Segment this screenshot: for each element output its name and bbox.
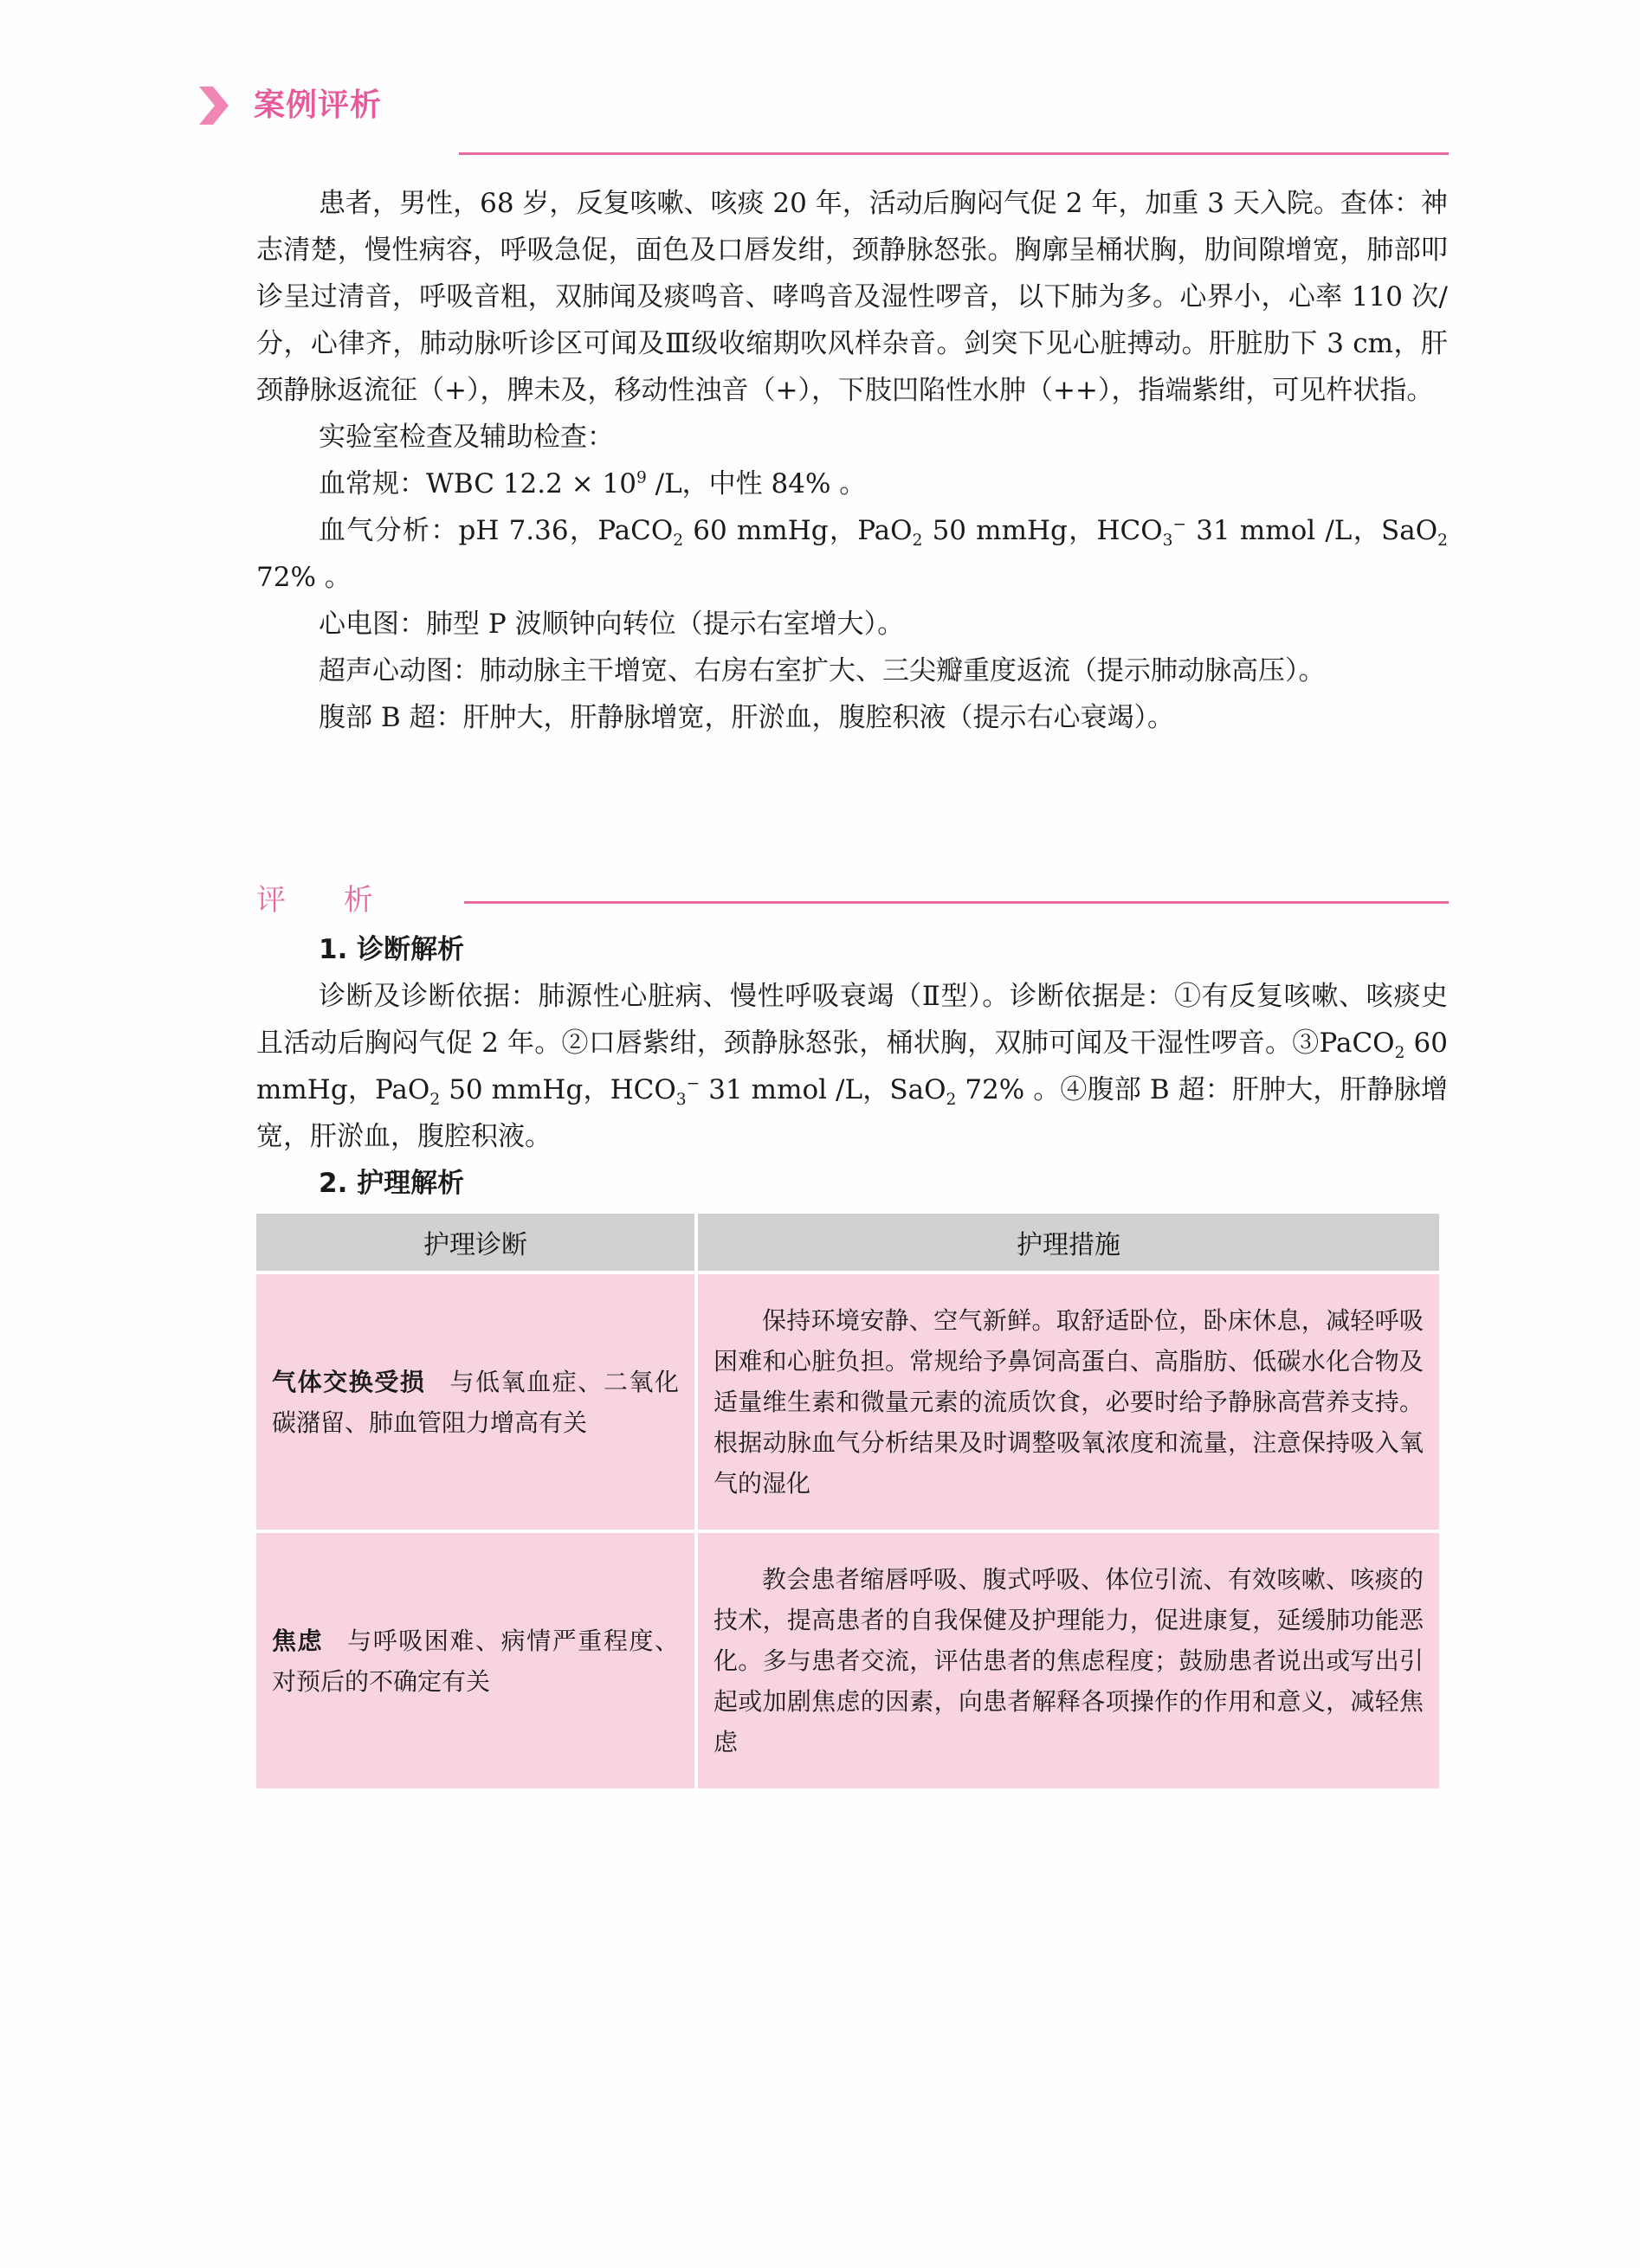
nursing-measures-cell: 教会患者缩唇呼吸、腹式呼吸、体位引流、有效咳嗽、咳痰的技术，提高患者的自我保健及… — [696, 1531, 1439, 1790]
case-history: 患者，男性，68 岁，反复咳嗽、咳痰 20 年，活动后胸闷气促 2 年，加重 3… — [256, 180, 1448, 414]
nursing-diagnosis-cell: 气体交换受损与低氧血症、二氧化碳潴留、肺血管阻力增高有关 — [256, 1273, 696, 1531]
analysis-body: 1. 诊断解析 诊断及诊断依据：肺源性心脏病、慢性呼吸衰竭（Ⅱ型）。诊断依据是：… — [256, 926, 1448, 1207]
table-row: 气体交换受损与低氧血症、二氧化碳潴留、肺血管阻力增高有关 保持环境安静、空气新鲜… — [256, 1273, 1439, 1531]
column-header-diagnosis: 护理诊断 — [256, 1212, 696, 1273]
abdominal-us-finding: 腹部 B 超：肝肿大，肝静脉增宽，肝淤血，腹腔积液（提示右心衰竭）。 — [256, 694, 1448, 741]
diagnosis-heading: 1. 诊断解析 — [256, 926, 1448, 973]
echo-finding: 超声心动图：肺动脉主干增宽、右房右室扩大、三尖瓣重度返流（提示肺动脉高压）。 — [256, 648, 1448, 694]
nursing-measures-cell: 保持环境安静、空气新鲜。取舒适卧位，卧床休息，减轻呼吸困难和心脏负担。常规给予鼻… — [696, 1273, 1439, 1531]
chevron-right-icon — [197, 87, 229, 125]
header-divider — [459, 152, 1449, 155]
page-title: 案例评析 — [254, 85, 382, 126]
table-header-row: 护理诊断 护理措施 — [256, 1212, 1439, 1273]
diagnosis-text: 诊断及诊断依据：肺源性心脏病、慢性呼吸衰竭（Ⅱ型）。诊断依据是：①有反复咳嗽、咳… — [256, 973, 1448, 1160]
nursing-diagnosis-cell: 焦虑与呼吸困难、病情严重程度、对预后的不确定有关 — [256, 1531, 696, 1790]
section-title-analysis: 评 析 — [256, 876, 373, 925]
nursing-table: 护理诊断 护理措施 气体交换受损与低氧血症、二氧化碳潴留、肺血管阻力增高有关 保… — [256, 1210, 1439, 1792]
lab-heading: 实验室检查及辅助检查： — [256, 414, 1448, 461]
ecg-finding: 心电图：肺型 P 波顺钟向转位（提示右室增大）。 — [256, 601, 1448, 648]
nursing-heading: 2. 护理解析 — [256, 1160, 1448, 1207]
blood-routine: 血常规：WBC 12.2 × 109 /L，中性 84% 。 — [256, 461, 1448, 507]
case-body: 患者，男性，68 岁，反复咳嗽、咳痰 20 年，活动后胸闷气促 2 年，加重 3… — [256, 180, 1448, 741]
section-divider — [464, 901, 1449, 904]
column-header-measures: 护理措施 — [696, 1212, 1439, 1273]
table-row: 焦虑与呼吸困难、病情严重程度、对预后的不确定有关 教会患者缩唇呼吸、腹式呼吸、体… — [256, 1531, 1439, 1790]
blood-gas: 血气分析：pH 7.36，PaCO2 60 mmHg，PaO2 50 mmHg，… — [256, 507, 1448, 601]
